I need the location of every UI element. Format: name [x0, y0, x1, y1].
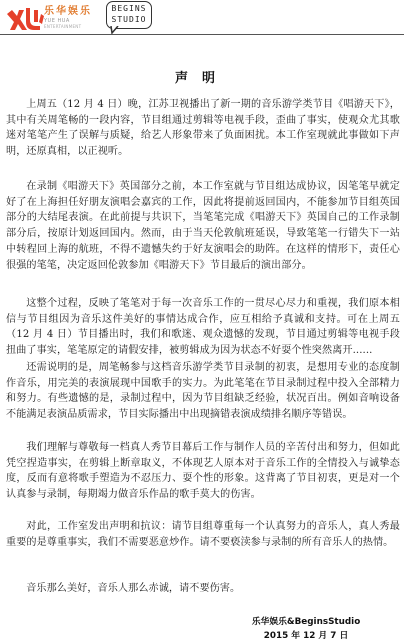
begins-studio-logo: BEGINS STUDIO: [106, 1, 156, 31]
letterhead: 乐华娱乐 YUE HUA ENTERTAINMENT BEGINS STUDIO: [0, 0, 404, 34]
signature-block: 乐华娱乐&BeginsStudio 2015 年 12 月 7 日: [236, 615, 376, 640]
document-title: 声明: [0, 67, 404, 86]
paragraph-4: 还需说明的是，周笔畅参与这档音乐游学类节目录制的初衷，是想用专业的态度制作音乐，…: [6, 360, 400, 423]
speech-bubble-tail-icon: [110, 26, 120, 34]
paragraph-3: 这整个过程，反映了笔笔对于每一次音乐工作的一贯尽心尽力和重视，我们原本相信与节目…: [6, 296, 400, 359]
begins-studio-text: BEGINS STUDIO: [108, 3, 150, 25]
yuehua-subtitle-en: ENTERTAINMENT: [44, 24, 92, 29]
studio-line: STUDIO: [108, 14, 150, 25]
begins-line: BEGINS: [108, 3, 150, 14]
paragraph-6: 对此，工作室发出声明和抗议：请节目组尊重每一个认真努力的音乐人，真人秀最重要的是…: [6, 519, 400, 550]
paragraph-1: 上周五（12 月 4 日）晚，江苏卫视播出了新一期的音乐游学类节目《唱游天下》，…: [6, 97, 400, 160]
yuehua-name-cn: 乐华娱乐: [44, 6, 92, 18]
paragraph-7: 音乐那么美好，音乐人那么赤诚，请不要伤害。: [6, 581, 400, 597]
yuehua-logo-icon: [4, 4, 44, 32]
header-divider: [0, 34, 404, 35]
paragraph-2: 在录制《唱游天下》英国部分之前，本工作室就与节目组达成协议，因笔笔早就定好了在上…: [6, 179, 400, 273]
signature-issuer: 乐华娱乐&BeginsStudio: [236, 615, 376, 629]
paragraph-5: 我们理解与尊敬每一档真人秀节目幕后工作与制作人员的辛苦付出和努力，但如此凭空捏造…: [6, 440, 400, 503]
yuehua-wordmark: 乐华娱乐 YUE HUA ENTERTAINMENT: [44, 6, 92, 29]
signature-date: 2015 年 12 月 7 日: [236, 629, 376, 640]
